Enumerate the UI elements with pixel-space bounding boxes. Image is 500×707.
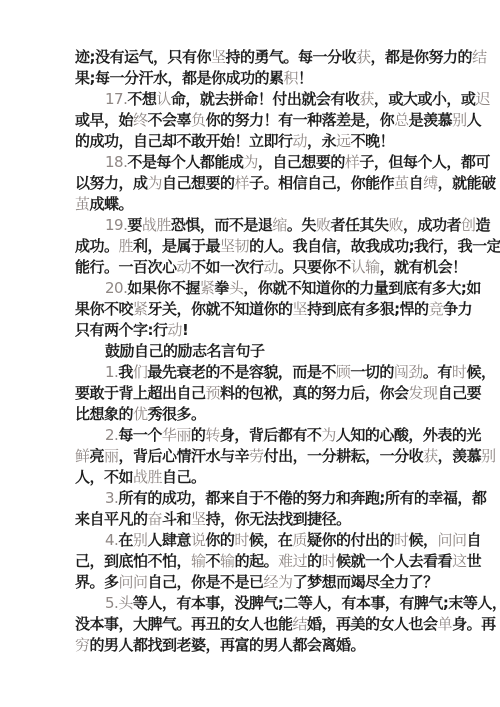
highlighted-text: 认输 [351,258,380,276]
text-segment: 人知的心酸，外表的光 [336,426,481,444]
highlighted-text: 顾 [336,363,351,381]
highlighted-text: 终 [133,111,148,129]
text-segment: 不 [206,552,221,570]
text-segment: 持到底有多狠;悍的 [307,300,429,318]
highlighted-text: 劳 [249,447,264,465]
text-line: 没本事，大脾气。再丑的女人也能结婚，再美的女人也会单身。再 [75,614,432,635]
text-segment: 果你不咬 [75,300,133,318]
highlighted-text: 战胜 [133,468,162,486]
highlighted-text: 别 [133,531,148,549]
text-segment: 不想 [127,90,156,108]
text-segment: 了梦想而竭尽全力了？ [293,573,438,591]
text-segment: 等人，有本事，没脾气;二等人，有本事，有脾气;末等人， [133,594,500,612]
highlighted-text: 别 [452,111,467,129]
highlighted-text: 结 [293,615,308,633]
highlighted-text: 输 [220,552,235,570]
text-line: 要敢于背上超出自己预料的包袱，真的努力后，你会发现自己要 [75,383,432,404]
text-segment: 人，不如 [75,468,133,486]
text-segment: ，永 [307,132,336,150]
text-segment: ！ [298,69,313,87]
highlighted-text: 坚 [191,510,206,528]
highlighted-text: 坚 [293,300,308,318]
highlighted-text: 头 [118,594,133,612]
highlighted-text: 样 [235,174,250,192]
highlighted-text: 获 [356,48,371,66]
text-segment: ，羡慕 [438,447,482,465]
highlighted-text: 华丽 [162,426,191,444]
highlighted-text: 穷 [75,636,90,654]
text-segment: ! [182,321,188,339]
text-segment: 人 [467,111,482,129]
highlighted-text: 难过 [278,552,307,570]
text-segment: 一切的 [350,363,394,381]
highlighted-text: 为 [243,153,258,171]
text-segment: 付出，一分耕耘，一分收 [264,447,424,465]
text-segment: ，就有机会！ [380,258,467,276]
text-segment: 身，背后都有不 [220,426,322,444]
text-segment: 在 [118,531,133,549]
text-segment: 能行。一百次心 [75,258,177,276]
text-segment: 自己要 [438,384,482,402]
highlighted-text: 时 [394,531,409,549]
highlighted-text: 动 [293,132,308,150]
text-line: 成功。胜利，是属于最坚韧的人。我自信，故我成功;我行，我一定 [75,236,432,257]
highlighted-text: 问问 [119,573,148,591]
text-line: 18.不是每个人都能成为，自己想要的样子，但每个人，都可 [75,152,432,173]
highlighted-text: 1. [105,363,118,381]
text-line: 鲜亮丽，背后心情汗水与辛劳付出，一分耕耘，一分收获，羡慕别 [75,446,432,467]
highlighted-text: 3. [105,489,118,507]
highlighted-text: 创 [461,216,476,234]
highlighted-text: 20. [105,279,127,297]
text-segment: 者任其失 [330,216,388,234]
highlighted-text: 18. [105,153,127,171]
highlighted-text: 预 [206,384,221,402]
highlighted-text: 坚 [211,48,226,66]
highlighted-text: 负 [191,111,206,129]
text-segment: 的起。 [235,552,279,570]
text-segment: 。失 [287,216,316,234]
text-segment: 是羡慕 [409,111,453,129]
highlighted-text: 缚 [423,174,438,192]
highlighted-text: 闯劲 [394,363,423,381]
text-segment: 候， [466,363,495,381]
text-segment: ，你就不知道你的力量到底有多大;如 [243,279,481,297]
text-segment: 不是每个人都能成 [127,153,243,171]
text-segment: ，背后心情汗水与辛 [119,447,250,465]
text-line: 以努力，成为自己想要的样子。相信自己，你能作茧自缚，就能破 [75,173,432,194]
text-segment: 要 [127,216,142,234]
text-segment: 不如一次行 [191,258,264,276]
text-segment: 利，是属于最 [133,237,220,255]
highlighted-text: 4. [105,531,118,549]
highlighted-text: 别 [481,447,496,465]
highlighted-text: 迟 [475,90,490,108]
highlighted-text: 动 [264,258,279,276]
highlighted-text: 单 [438,615,453,633]
text-segment: 疑你的付出的 [307,531,394,549]
text-segment: 牙关，你就不知道你的 [148,300,293,318]
text-line: 茧成蝶。 [75,194,432,215]
text-line: 人，不如战胜自己。 [75,467,432,488]
highlighted-text: 丽 [104,447,119,465]
highlighted-text: 总 [394,111,409,129]
text-segment: 只有两个字:行 [75,321,168,339]
text-segment: 世 [467,552,482,570]
text-segment: 斗和 [162,510,191,528]
text-line: 19.要战胜恐惧，而不是退缩。失败者任其失败，成功者创造 [75,215,432,236]
text-segment: 恐惧，而不是退 [171,216,273,234]
text-segment: 最先衰老的不是容貌，而是不 [147,363,336,381]
text-segment: 不会辜 [148,111,192,129]
text-line: 只有两个字:行动! [75,320,432,341]
text-line: 来自平凡的奋斗和坚持，你无法找到捷径。 [75,509,432,530]
highlighted-text: 输 [191,552,206,570]
text-segment: 候， [408,531,437,549]
highlighted-text: 败 [388,216,403,234]
text-segment: 料的包袱，真的努力后，你会 [220,384,409,402]
text-segment: 如果你不握 [127,279,200,297]
text-segment: 的 [307,552,322,570]
text-line: 比想象的优秀很多。 [75,404,432,425]
text-line: 或早，始终不会辜负你的努力！有一种落差是，你总是羡慕别人 [75,110,432,131]
text-segment: 你的努力！有一种落差是，你 [206,111,395,129]
text-line: 20.如果你不握紧拳头，你就不知道你的力量到底有多大;如 [75,278,432,299]
text-segment: 或早，始 [75,111,133,129]
text-segment: 自己，你是不是已 [148,573,264,591]
text-segment: 以努力，成 [75,174,148,192]
text-segment: 成蝶。 [90,195,134,213]
highlighted-text: 头 [229,279,244,297]
text-segment: 要敢于背上超出自己 [75,384,206,402]
text-line: 2.每一个华丽的转身，背后都有不为人知的心酸，外表的光 [75,425,432,446]
text-line: 迹;没有运气，只有你坚持的勇气。每一分收获，都是你努力的结 [75,47,432,68]
highlighted-text: 获 [423,447,438,465]
highlighted-text: 优 [133,405,148,423]
text-segment: 比想象的 [75,405,133,423]
text-segment: 来自平凡的 [75,510,148,528]
highlighted-text: 动 [168,321,183,339]
text-segment: 婚，再美的女人也会 [307,615,438,633]
highlighted-text: 动 [177,258,192,276]
text-segment: 。有 [423,363,452,381]
text-segment: 你的 [205,531,234,549]
text-line: 17.不想认命，就去拼命！付出就会有收获，或大或小，或迟 [75,89,432,110]
highlighted-text: 为 [148,174,163,192]
text-line: 穷的男人都找到老婆，再富的男人都会离婚。 [75,635,432,656]
text-segment: 争力 [443,300,472,318]
highlighted-text: 时 [452,363,467,381]
text-line: 己，到底怕不怕，输不输的起。难过的时候就一个人去看看这世 [75,551,432,572]
highlighted-text: 19. [105,216,127,234]
highlighted-text: 17. [105,90,127,108]
text-segment: 自 [409,174,424,192]
text-segment: 亮 [90,447,105,465]
text-segment: 秀很多。 [148,405,206,423]
text-line: 果你不咬紧牙关，你就不知道你的坚持到底有多狠;悍的竞争力 [75,299,432,320]
text-segment: 界。多 [75,573,119,591]
highlighted-text: 积 [284,69,299,87]
text-segment: 的 [191,426,206,444]
highlighted-text: 认 [156,90,171,108]
text-line: 5.头等人，有本事，没脾气;二等人，有本事，有脾气;末等人， [75,593,432,614]
text-segment: ，成功者 [403,216,461,234]
text-segment: 持，你无法找到捷径。 [206,510,351,528]
text-segment: 迹;没有运气，只有你 [75,48,211,66]
text-segment: 自己想要的 [162,174,235,192]
text-line: 4.在别人肆意说你的时候，在质疑你的付出的时候，问问自 [75,530,432,551]
text-segment: ，自己想要的 [258,153,345,171]
text-segment: 自 [467,531,482,549]
text-segment: 候就一个人去看看 [336,552,452,570]
text-segment: 候，在 [249,531,293,549]
text-segment: 。只要你不 [278,258,351,276]
highlighted-text: 经为 [264,573,293,591]
highlighted-text: 茧 [75,195,90,213]
highlighted-text: 紧 [133,300,148,318]
highlighted-text: 胜 [119,237,134,255]
highlighted-text: 质 [292,531,307,549]
highlighted-text: 败 [316,216,331,234]
highlighted-text: 们 [133,363,148,381]
highlighted-text: 5. [105,594,118,612]
text-segment: 拳 [214,279,229,297]
highlighted-text: 奋 [148,510,163,528]
text-line: 的成功，自己却不敢开始！立即行动，永远不晚！ [75,131,432,152]
text-segment: 成功。 [75,237,119,255]
text-segment: 的男人都找到老婆，再富的男人都会离婚。 [90,636,366,654]
highlighted-text: 缩 [272,216,287,234]
document-page: 迹;没有运气，只有你坚持的勇气。每一分收获，都是你努力的结果;每一分汗水，都是你… [0,0,500,707]
highlighted-text: 2. [105,426,118,444]
text-segment: 我 [118,363,133,381]
highlighted-text: 竞 [429,300,444,318]
text-line: 界。多问问自己，你是不是已经为了梦想而竭尽全力了？ [75,572,432,593]
highlighted-text: 时 [234,531,249,549]
highlighted-text: 结 [472,48,487,66]
text-segment: 子，但每个人，都可 [359,153,490,171]
highlighted-text: 说 [191,531,206,549]
highlighted-text: 紧 [200,279,215,297]
text-segment: 的成功，自己却不敢开始！立即行 [75,132,293,150]
text-segment: 果;每一分汗水，都是你成功的累 [75,69,284,87]
text-segment: 的人。我自信，故我成功;我行，我一定 [249,237,500,255]
text-segment: 身。再 [452,615,496,633]
text-segment: ，都是你努力的 [371,48,473,66]
text-segment: 造 [476,216,491,234]
text-segment: 人肆意 [147,531,191,549]
text-segment: 不晚！ [351,132,395,150]
highlighted-text: 发现 [409,384,438,402]
text-segment: 命，就去拼命！付出就会有收 [171,90,360,108]
highlighted-text: 茧 [394,174,409,192]
text-segment: 鼓励自己的励志名言句子 [105,342,265,360]
text-segment: 自己。 [162,468,206,486]
text-line: 能行。一百次心动不如一次行动。只要你不认输，就有机会！ [75,257,432,278]
highlighted-text: 为 [321,426,336,444]
highlighted-text: 问问 [437,531,466,549]
highlighted-text: 样 [345,153,360,171]
text-segment: 所有的成功，都来自于不倦的努力和奔跑;所有的幸福，都 [118,489,486,507]
highlighted-text: 时 [322,552,337,570]
highlighted-text: 鲜 [75,447,90,465]
text-segment: 持的勇气。每一分收 [226,48,357,66]
text-line: 1.我们最先衰老的不是容貌，而是不顾一切的闯劲。有时候， [75,362,432,383]
highlighted-text: 这 [452,552,467,570]
highlighted-text: 坚韧 [220,237,249,255]
document-body: 迹;没有运气，只有你坚持的勇气。每一分收获，都是你努力的结果;每一分汗水，都是你… [0,0,500,656]
highlighted-text: 远 [336,132,351,150]
text-segment: 己，到底怕不怕， [75,552,191,570]
text-segment: 每一个 [118,426,162,444]
highlighted-text: 获 [359,90,374,108]
text-segment: 子。相信自己，你能作 [249,174,394,192]
text-segment: 没本事，大脾气。再丑的女人也能 [75,615,293,633]
text-line: 果;每一分汗水，都是你成功的累积！ [75,68,432,89]
text-segment: ，就能破 [438,174,496,192]
highlighted-text: 转 [205,426,220,444]
text-segment: ，或大或小，或 [374,90,476,108]
text-line: 3.所有的成功，都来自于不倦的努力和奔跑;所有的幸福，都 [75,488,432,509]
text-line: 鼓励自己的励志名言句子 [75,341,432,362]
highlighted-text: 战胜 [142,216,171,234]
